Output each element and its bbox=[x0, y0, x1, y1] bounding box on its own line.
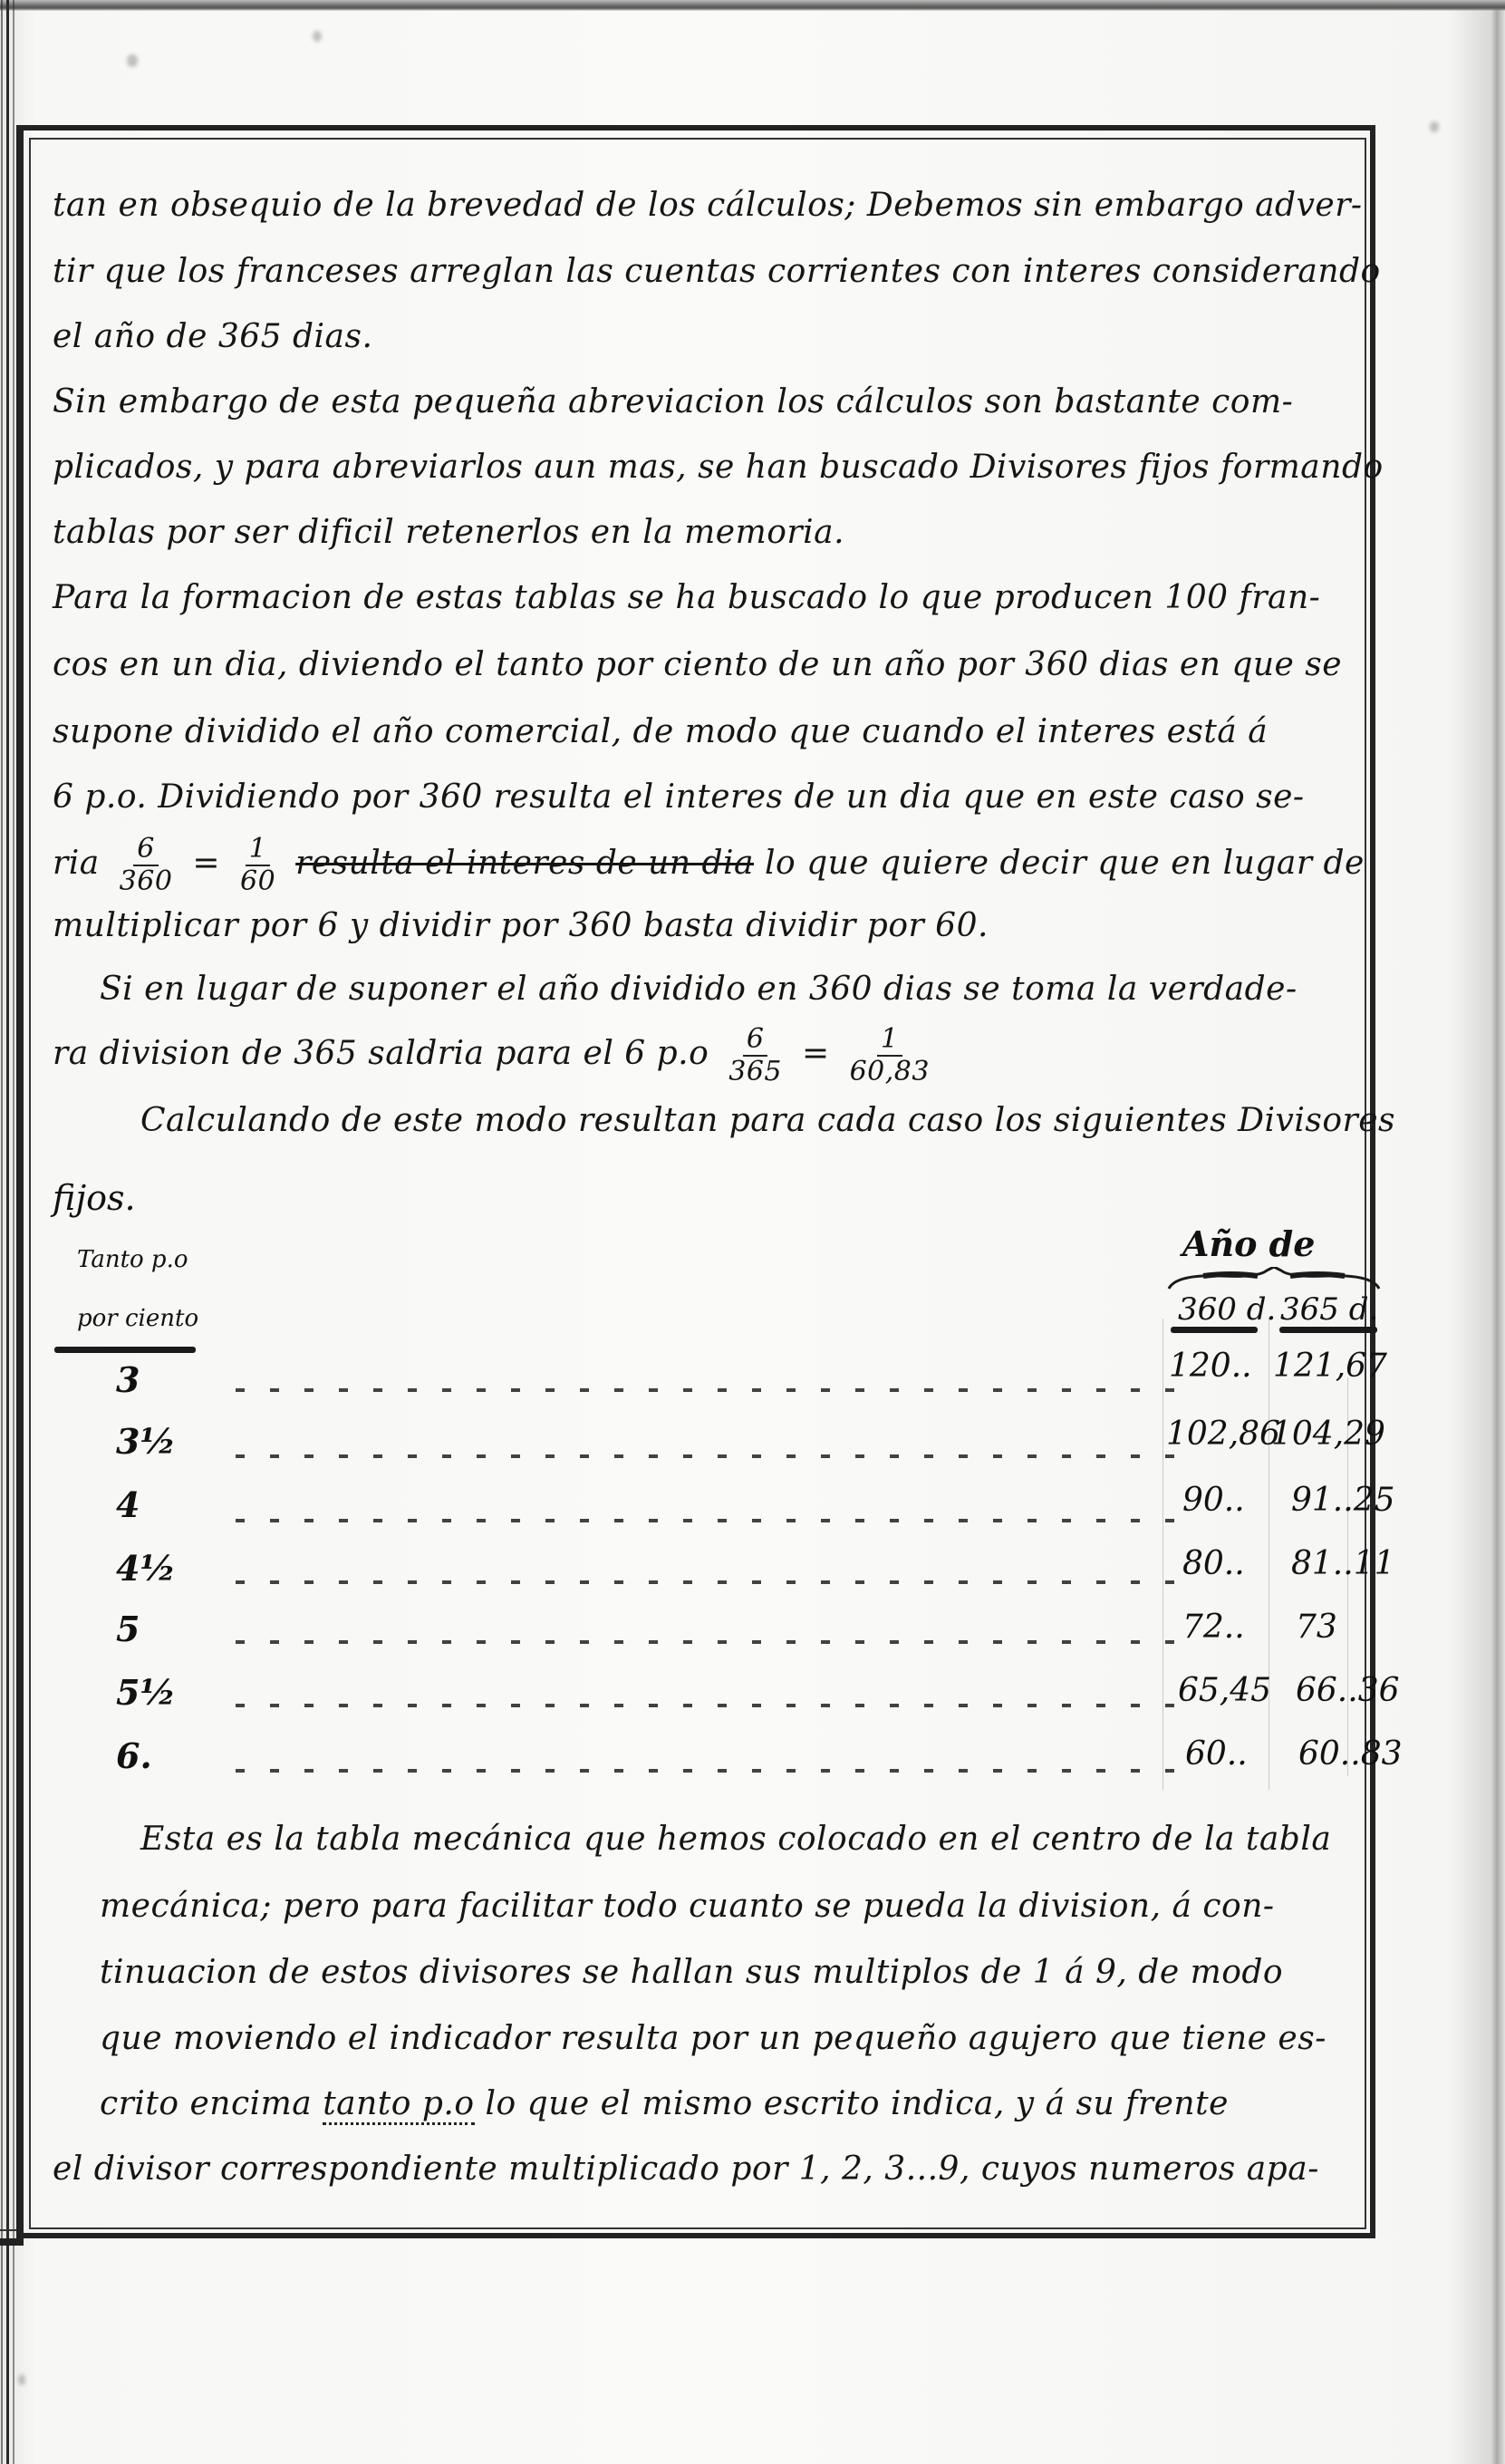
divisor-365: 66..36 bbox=[1296, 1672, 1400, 1709]
text-line: tir que los franceses arreglan las cuent… bbox=[53, 252, 1357, 292]
formula-prefix: ra division de 365 saldria para el 6 p.o bbox=[53, 1035, 709, 1072]
rate-label: 3 bbox=[116, 1359, 140, 1400]
text-line: mecánica; pero para facilitar todo cuant… bbox=[100, 1887, 1404, 1927]
ink-stain bbox=[313, 31, 322, 42]
column-guide bbox=[1269, 1319, 1269, 1790]
divisor-360: 120.. bbox=[1169, 1348, 1252, 1385]
divisor-360: 72.. bbox=[1182, 1609, 1245, 1646]
text-fragment: lo que el mismo escrito indica, y á su f… bbox=[486, 2085, 1229, 2122]
divisor-365: 81..11 bbox=[1291, 1545, 1395, 1582]
rate-label: 4½ bbox=[116, 1548, 176, 1589]
divisor-360: 80.. bbox=[1182, 1545, 1245, 1582]
text-line: plicados, y para abreviarlos aun mas, se… bbox=[53, 448, 1357, 488]
divisor-360: 65,45 bbox=[1178, 1672, 1271, 1709]
divisor-360: 90.. bbox=[1182, 1482, 1245, 1519]
column-rule-360 bbox=[1171, 1327, 1258, 1333]
rate-label: 5 bbox=[116, 1609, 140, 1649]
text-fragment: crito encima bbox=[100, 2085, 312, 2122]
text-line: 6 p.o. Dividiendo por 360 resulta el int… bbox=[53, 778, 1357, 817]
dotted-leader bbox=[236, 1388, 1178, 1392]
binding-line bbox=[6, 0, 9, 2464]
text-line: tinuacion de estos divisores se hallan s… bbox=[100, 1953, 1404, 1993]
numerator: 6 bbox=[133, 834, 159, 866]
left-header-rule bbox=[54, 1347, 196, 1353]
rate-label: 6. bbox=[116, 1735, 152, 1776]
formula-line: ra division de 365 saldria para el 6 p.o… bbox=[53, 1024, 1357, 1087]
ink-stain bbox=[1430, 121, 1439, 132]
dotted-leader bbox=[236, 1640, 1178, 1644]
ink-stain bbox=[18, 2374, 25, 2385]
text-line: Esta es la tabla mecánica que hemos colo… bbox=[140, 1820, 1445, 1860]
dotted-leader bbox=[236, 1580, 1178, 1584]
text-line: Si en lugar de suponer el año dividido e… bbox=[100, 970, 1404, 1010]
left-header-line-1: Tanto p.o bbox=[77, 1246, 188, 1273]
text-line: el divisor correspondiente multiplicado … bbox=[53, 2150, 1357, 2189]
fraction-6-over-365: 6 365 bbox=[725, 1024, 786, 1087]
brace-icon bbox=[1167, 1267, 1381, 1290]
formula-prefix: ria bbox=[53, 845, 100, 882]
text-line: que moviendo el indicador resulta por un… bbox=[100, 2019, 1404, 2059]
denominator: 60 bbox=[236, 866, 279, 897]
denominator: 365 bbox=[725, 1057, 786, 1087]
text-line: supone dividido el año comercial, de mod… bbox=[53, 712, 1357, 752]
divisor-365: 121,67 bbox=[1273, 1348, 1387, 1385]
text-line: tablas por ser dificil retenerlos en la … bbox=[53, 513, 1357, 553]
dotted-leader bbox=[236, 1519, 1178, 1522]
fraction-1-over-60-83: 1 60,83 bbox=[846, 1024, 933, 1087]
neighbor-page-frame bbox=[0, 2238, 24, 2246]
ink-stain bbox=[127, 54, 138, 67]
divisor-365: 91..25 bbox=[1291, 1482, 1395, 1519]
column-rule-365 bbox=[1279, 1327, 1377, 1333]
text-line: Para la formacion de estas tablas se ha … bbox=[53, 578, 1357, 618]
numerator: 1 bbox=[246, 834, 271, 866]
fraction-1-over-60: 1 60 bbox=[236, 834, 279, 897]
underlined-term: tanto p.o bbox=[323, 2085, 474, 2125]
numerator: 1 bbox=[877, 1024, 902, 1057]
rate-label: 3½ bbox=[116, 1421, 176, 1462]
denominator: 360 bbox=[116, 866, 177, 897]
divisor-365: 73 bbox=[1296, 1609, 1337, 1646]
table-caption: fijos. bbox=[53, 1178, 136, 1218]
text-line: el año de 365 dias. bbox=[53, 317, 1357, 357]
binding-line bbox=[13, 0, 14, 2464]
divisor-365: 104,29 bbox=[1271, 1416, 1385, 1453]
rate-label: 4 bbox=[116, 1484, 140, 1525]
dotted-leader bbox=[236, 1454, 1178, 1458]
text-line: crito encima tanto p.o lo que el mismo e… bbox=[100, 2084, 1404, 2124]
column-header-365: 365 d. bbox=[1280, 1291, 1378, 1328]
numerator: 6 bbox=[743, 1024, 768, 1057]
equals-sign: = bbox=[802, 1035, 830, 1072]
rate-label: 5½ bbox=[116, 1672, 176, 1713]
divisor-360: 60.. bbox=[1185, 1735, 1248, 1773]
binding-line bbox=[1, 0, 3, 2464]
formula-suffix: lo que quiere decir que en lugar de bbox=[765, 845, 1365, 882]
neighbor-page-frame bbox=[0, 2229, 18, 2231]
denominator: 60,83 bbox=[846, 1057, 933, 1087]
text-line: Sin embargo de esta pequeña abreviacion … bbox=[53, 382, 1357, 422]
text-line: cos en un dia, diviendo el tanto por cie… bbox=[53, 645, 1357, 685]
page-top-edge bbox=[0, 0, 1505, 11]
fraction-6-over-360: 6 360 bbox=[116, 834, 177, 897]
dotted-leader bbox=[236, 1704, 1178, 1707]
divisor-360: 102,86 bbox=[1166, 1416, 1280, 1453]
right-group-header: Año de bbox=[1182, 1223, 1315, 1264]
column-header-360: 360 d. bbox=[1178, 1291, 1276, 1328]
left-header-line-2: por ciento bbox=[77, 1305, 198, 1332]
dotted-leader bbox=[236, 1769, 1178, 1773]
text-line: tan en obsequio de la brevedad de los cá… bbox=[53, 186, 1357, 226]
text-line: multiplicar por 6 y dividir por 360 bast… bbox=[53, 906, 1357, 946]
equals-sign: = bbox=[192, 845, 220, 882]
divisor-365: 60..83 bbox=[1298, 1735, 1403, 1773]
formula-line: ria 6 360 = 1 60 resulta el interes de u… bbox=[53, 834, 1357, 897]
text-line: Calculando de este modo resultan para ca… bbox=[140, 1101, 1445, 1141]
struck-text: resulta el interes de un dia bbox=[295, 845, 754, 882]
